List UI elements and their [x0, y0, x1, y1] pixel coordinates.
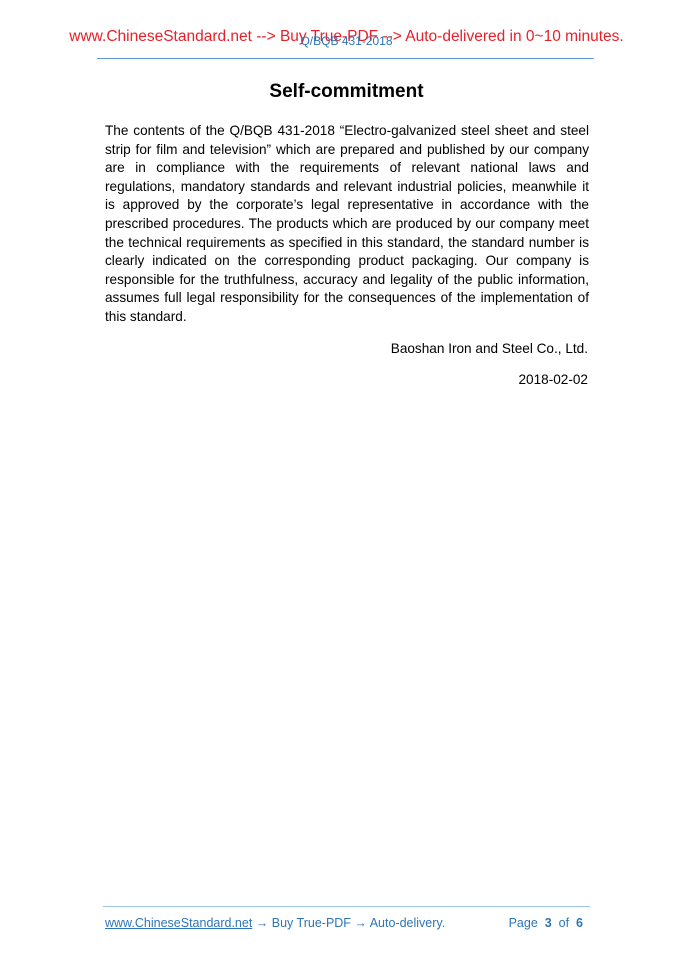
page-label: Page [509, 916, 538, 930]
page-total: 6 [576, 916, 583, 930]
header-divider [97, 58, 594, 59]
footer-divider [103, 906, 590, 907]
signature-date: 2018-02-02 [518, 372, 588, 387]
header-doc-code: Q/BQB 431-2018 [0, 34, 693, 48]
footer-website-link[interactable]: www.ChineseStandard.net [105, 916, 252, 930]
footer-promo: www.ChineseStandard.net → Buy True-PDF →… [105, 916, 445, 930]
of-label: of [559, 916, 569, 930]
page-current: 3 [545, 916, 552, 930]
page-indicator: Page 3 of 6 [509, 916, 583, 930]
footer-promo-text: → Buy True-PDF → Auto-delivery. [252, 916, 445, 930]
commitment-paragraph: The contents of the Q/BQB 431-2018 “Elec… [105, 122, 589, 327]
page-title: Self-commitment [0, 81, 693, 103]
signature-company: Baoshan Iron and Steel Co., Ltd. [391, 341, 588, 356]
